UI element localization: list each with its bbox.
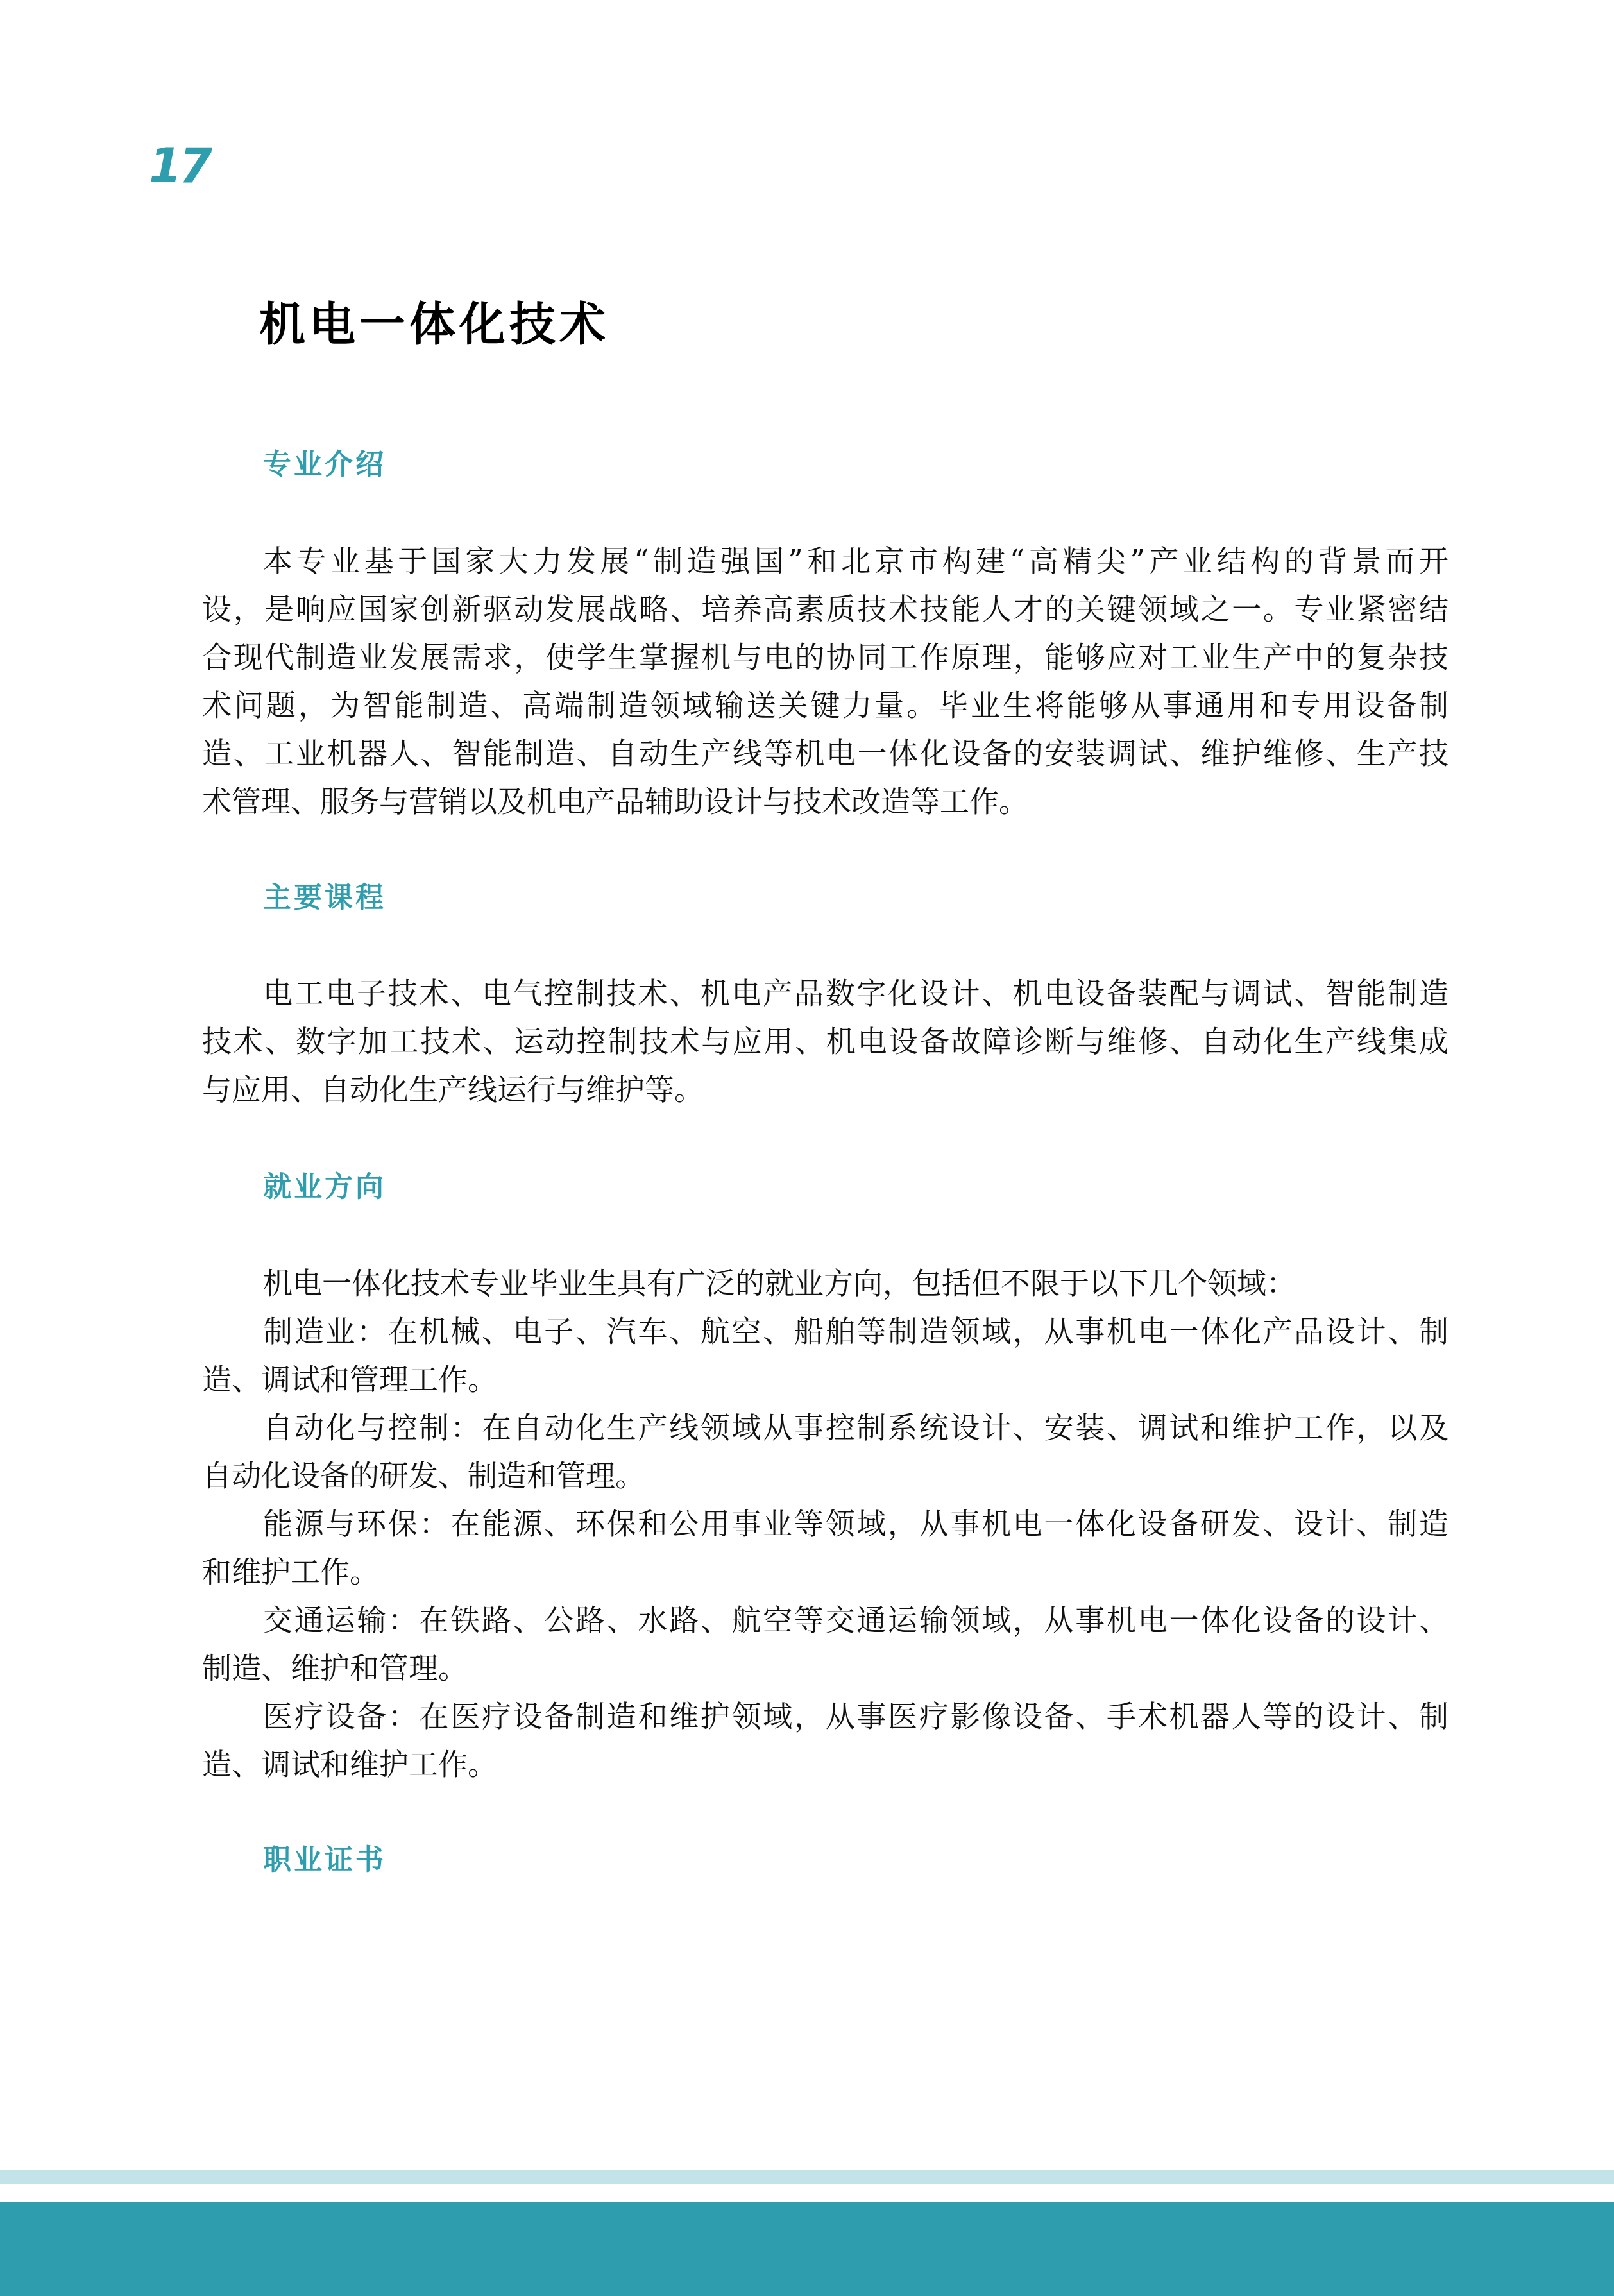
intro-line: 术管理、服务与营销以及机电产品辅助设计与技术改造等工作。	[202, 778, 1448, 826]
intro-line: 造、工业机器人、智能制造、自动生产线等机电一体化设备的安装调试、维护维修、生产技	[202, 729, 1448, 778]
section-heading-employment: 就业方向	[263, 1171, 386, 1203]
employment-paragraph: 机电一体化技术专业毕业生具有广泛的就业方向，包括但不限于以下几个领域： 制造业：…	[202, 1259, 1448, 1789]
employment-field-manufacturing: 制造业：在机械、电子、汽车、航空、船舶等制造领域，从事机电一体化产品设计、制	[202, 1307, 1448, 1356]
intro-paragraph: 本专业基于国家大力发展“制造强国”和北京市构建“高精尖”产业结构的背景而开 设，…	[202, 537, 1448, 826]
employment-intro: 机电一体化技术专业毕业生具有广泛的就业方向，包括但不限于以下几个领域：	[202, 1259, 1448, 1307]
intro-line: 设，是响应国家创新驱动发展战略、培养高素质技术技能人才的关键领域之一。专业紧密结	[202, 585, 1448, 633]
courses-line: 与应用、自动化生产线运行与维护等。	[202, 1066, 1448, 1114]
employment-field-medical-cont: 造、调试和维护工作。	[202, 1740, 1448, 1789]
employment-field-energy-cont: 和维护工作。	[202, 1548, 1448, 1596]
intro-line: 本专业基于国家大力发展“制造强国”和北京市构建“高精尖”产业结构的背景而开	[202, 537, 1448, 585]
section-heading-courses: 主要课程	[263, 882, 386, 914]
courses-paragraph: 电工电子技术、电气控制技术、机电产品数字化设计、机电设备装配与调试、智能制造 技…	[202, 969, 1448, 1114]
employment-field-manufacturing-cont: 造、调试和管理工作。	[202, 1356, 1448, 1404]
section-heading-intro: 专业介绍	[263, 449, 386, 481]
intro-line: 合现代制造业发展需求，使学生掌握机与电的协同工作原理，能够应对工业生产中的复杂技	[202, 633, 1448, 681]
section-heading-certificates: 职业证书	[263, 1844, 386, 1876]
page-number: 17	[149, 142, 210, 190]
footer-band-teal	[0, 2202, 1614, 2296]
intro-line: 术问题，为智能制造、高端制造领域输送关键力量。毕业生将能够从事通用和专用设备制	[202, 681, 1448, 729]
employment-field-automation-cont: 自动化设备的研发、制造和管理。	[202, 1452, 1448, 1500]
employment-field-transport: 交通运输：在铁路、公路、水路、航空等交通运输领域，从事机电一体化设备的设计、	[202, 1596, 1448, 1644]
page-title: 机电一体化技术	[259, 295, 609, 353]
courses-line: 电工电子技术、电气控制技术、机电产品数字化设计、机电设备装配与调试、智能制造	[202, 969, 1448, 1017]
employment-field-energy: 能源与环保：在能源、环保和公用事业等领域，从事机电一体化设备研发、设计、制造	[202, 1500, 1448, 1548]
employment-field-transport-cont: 制造、维护和管理。	[202, 1644, 1448, 1692]
courses-line: 技术、数字加工技术、运动控制技术与应用、机电设备故障诊断与维修、自动化生产线集成	[202, 1017, 1448, 1066]
footer-band-light	[0, 2170, 1614, 2184]
employment-field-medical: 医疗设备：在医疗设备制造和维护领域，从事医疗影像设备、手术机器人等的设计、制	[202, 1692, 1448, 1740]
employment-field-automation: 自动化与控制：在自动化生产线领域从事控制系统设计、安装、调试和维护工作，以及	[202, 1404, 1448, 1452]
